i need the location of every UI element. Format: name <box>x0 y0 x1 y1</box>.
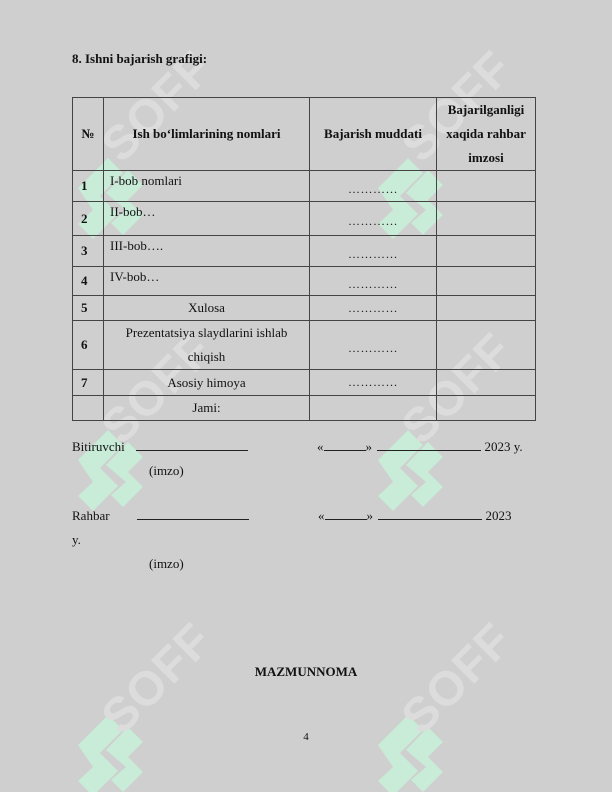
supervisor-date-open: « <box>318 508 325 523</box>
row-name: Prezentatsiya slaydlarini ishlab chiqish <box>104 321 310 370</box>
supervisor-sign-blank <box>137 519 249 520</box>
student-label: Bitiruvchi <box>72 439 125 454</box>
header-deadline: Bajarish muddati <box>310 98 437 171</box>
student-date-close: » <box>366 439 373 454</box>
supervisor-sign-caption: (imzo) <box>149 556 184 572</box>
row-name: II-bob… <box>104 202 310 236</box>
row-name: I-bob nomlari <box>104 171 310 202</box>
row-signature <box>437 370 536 396</box>
student-year: 2023 y. <box>485 439 523 454</box>
student-day-blank <box>324 450 366 451</box>
row-deadline: ………… <box>310 236 437 267</box>
row-num: 3 <box>73 236 104 267</box>
page-number: 4 <box>0 731 612 743</box>
row-deadline: ………… <box>310 171 437 202</box>
row-num: 7 <box>73 370 104 396</box>
supervisor-date-close: » <box>367 508 374 523</box>
total-deadline <box>310 396 437 421</box>
student-month-blank <box>377 450 481 451</box>
supervisor-month-blank <box>378 519 482 520</box>
row-signature <box>437 296 536 321</box>
table-header-row: № Ish bo‘limlarining nomlari Bajarish mu… <box>73 98 536 171</box>
row-name: IV-bob… <box>104 267 310 296</box>
row-deadline: ………… <box>310 202 437 236</box>
supervisor-label: Rahbar <box>72 508 110 523</box>
soff-logo-watermark <box>378 705 448 792</box>
mazmunnoma-title: MAZMUNNOMA <box>0 664 612 680</box>
row-name: Asosiy himoya <box>104 370 310 396</box>
row-name: III-bob…. <box>104 236 310 267</box>
student-signature-line: Bitiruvchi <box>72 439 248 455</box>
row-num: 1 <box>73 171 104 202</box>
row-signature <box>437 236 536 267</box>
row-signature <box>437 202 536 236</box>
soff-logo-watermark <box>78 705 148 792</box>
section-heading: 8. Ishni bajarish grafigi: <box>72 51 207 67</box>
total-signature <box>437 396 536 421</box>
total-label: Jami: <box>104 396 310 421</box>
row-deadline: ………… <box>310 296 437 321</box>
supervisor-year: 2023 <box>486 508 512 523</box>
table-row: 7 Asosiy himoya ………… <box>73 370 536 396</box>
student-date-open: « <box>317 439 324 454</box>
header-signature: Bajarilganligi xaqida rahbar imzosi <box>437 98 536 171</box>
soff-logo-watermark <box>378 420 448 515</box>
row-name: Xulosa <box>104 296 310 321</box>
table-row: 1 I-bob nomlari ………… <box>73 171 536 202</box>
supervisor-day-blank <box>325 519 367 520</box>
total-num <box>73 396 104 421</box>
soff-logo-watermark <box>78 420 148 515</box>
row-signature <box>437 267 536 296</box>
supervisor-year-suffix: y. <box>72 532 81 548</box>
row-num: 4 <box>73 267 104 296</box>
row-deadline: ………… <box>310 267 437 296</box>
row-num: 5 <box>73 296 104 321</box>
table-row: 3 III-bob…. ………… <box>73 236 536 267</box>
row-num: 2 <box>73 202 104 236</box>
row-signature <box>437 321 536 370</box>
student-sign-blank <box>136 450 248 451</box>
row-num: 6 <box>73 321 104 370</box>
supervisor-date-line: «» 2023 <box>318 508 512 524</box>
table-row: 4 IV-bob… ………… <box>73 267 536 296</box>
work-schedule-table: № Ish bo‘limlarining nomlari Bajarish mu… <box>72 97 536 421</box>
table-total-row: Jami: <box>73 396 536 421</box>
student-sign-caption: (imzo) <box>149 463 184 479</box>
row-deadline: ………… <box>310 321 437 370</box>
student-date-line: «» 2023 y. <box>317 439 523 455</box>
header-name: Ish bo‘limlarining nomlari <box>104 98 310 171</box>
row-signature <box>437 171 536 202</box>
row-deadline: ………… <box>310 370 437 396</box>
header-num: № <box>73 98 104 171</box>
table-row: 6 Prezentatsiya slaydlarini ishlab chiqi… <box>73 321 536 370</box>
supervisor-signature-line: Rahbar <box>72 508 249 524</box>
table-row: 5 Xulosa ………… <box>73 296 536 321</box>
table-row: 2 II-bob… ………… <box>73 202 536 236</box>
